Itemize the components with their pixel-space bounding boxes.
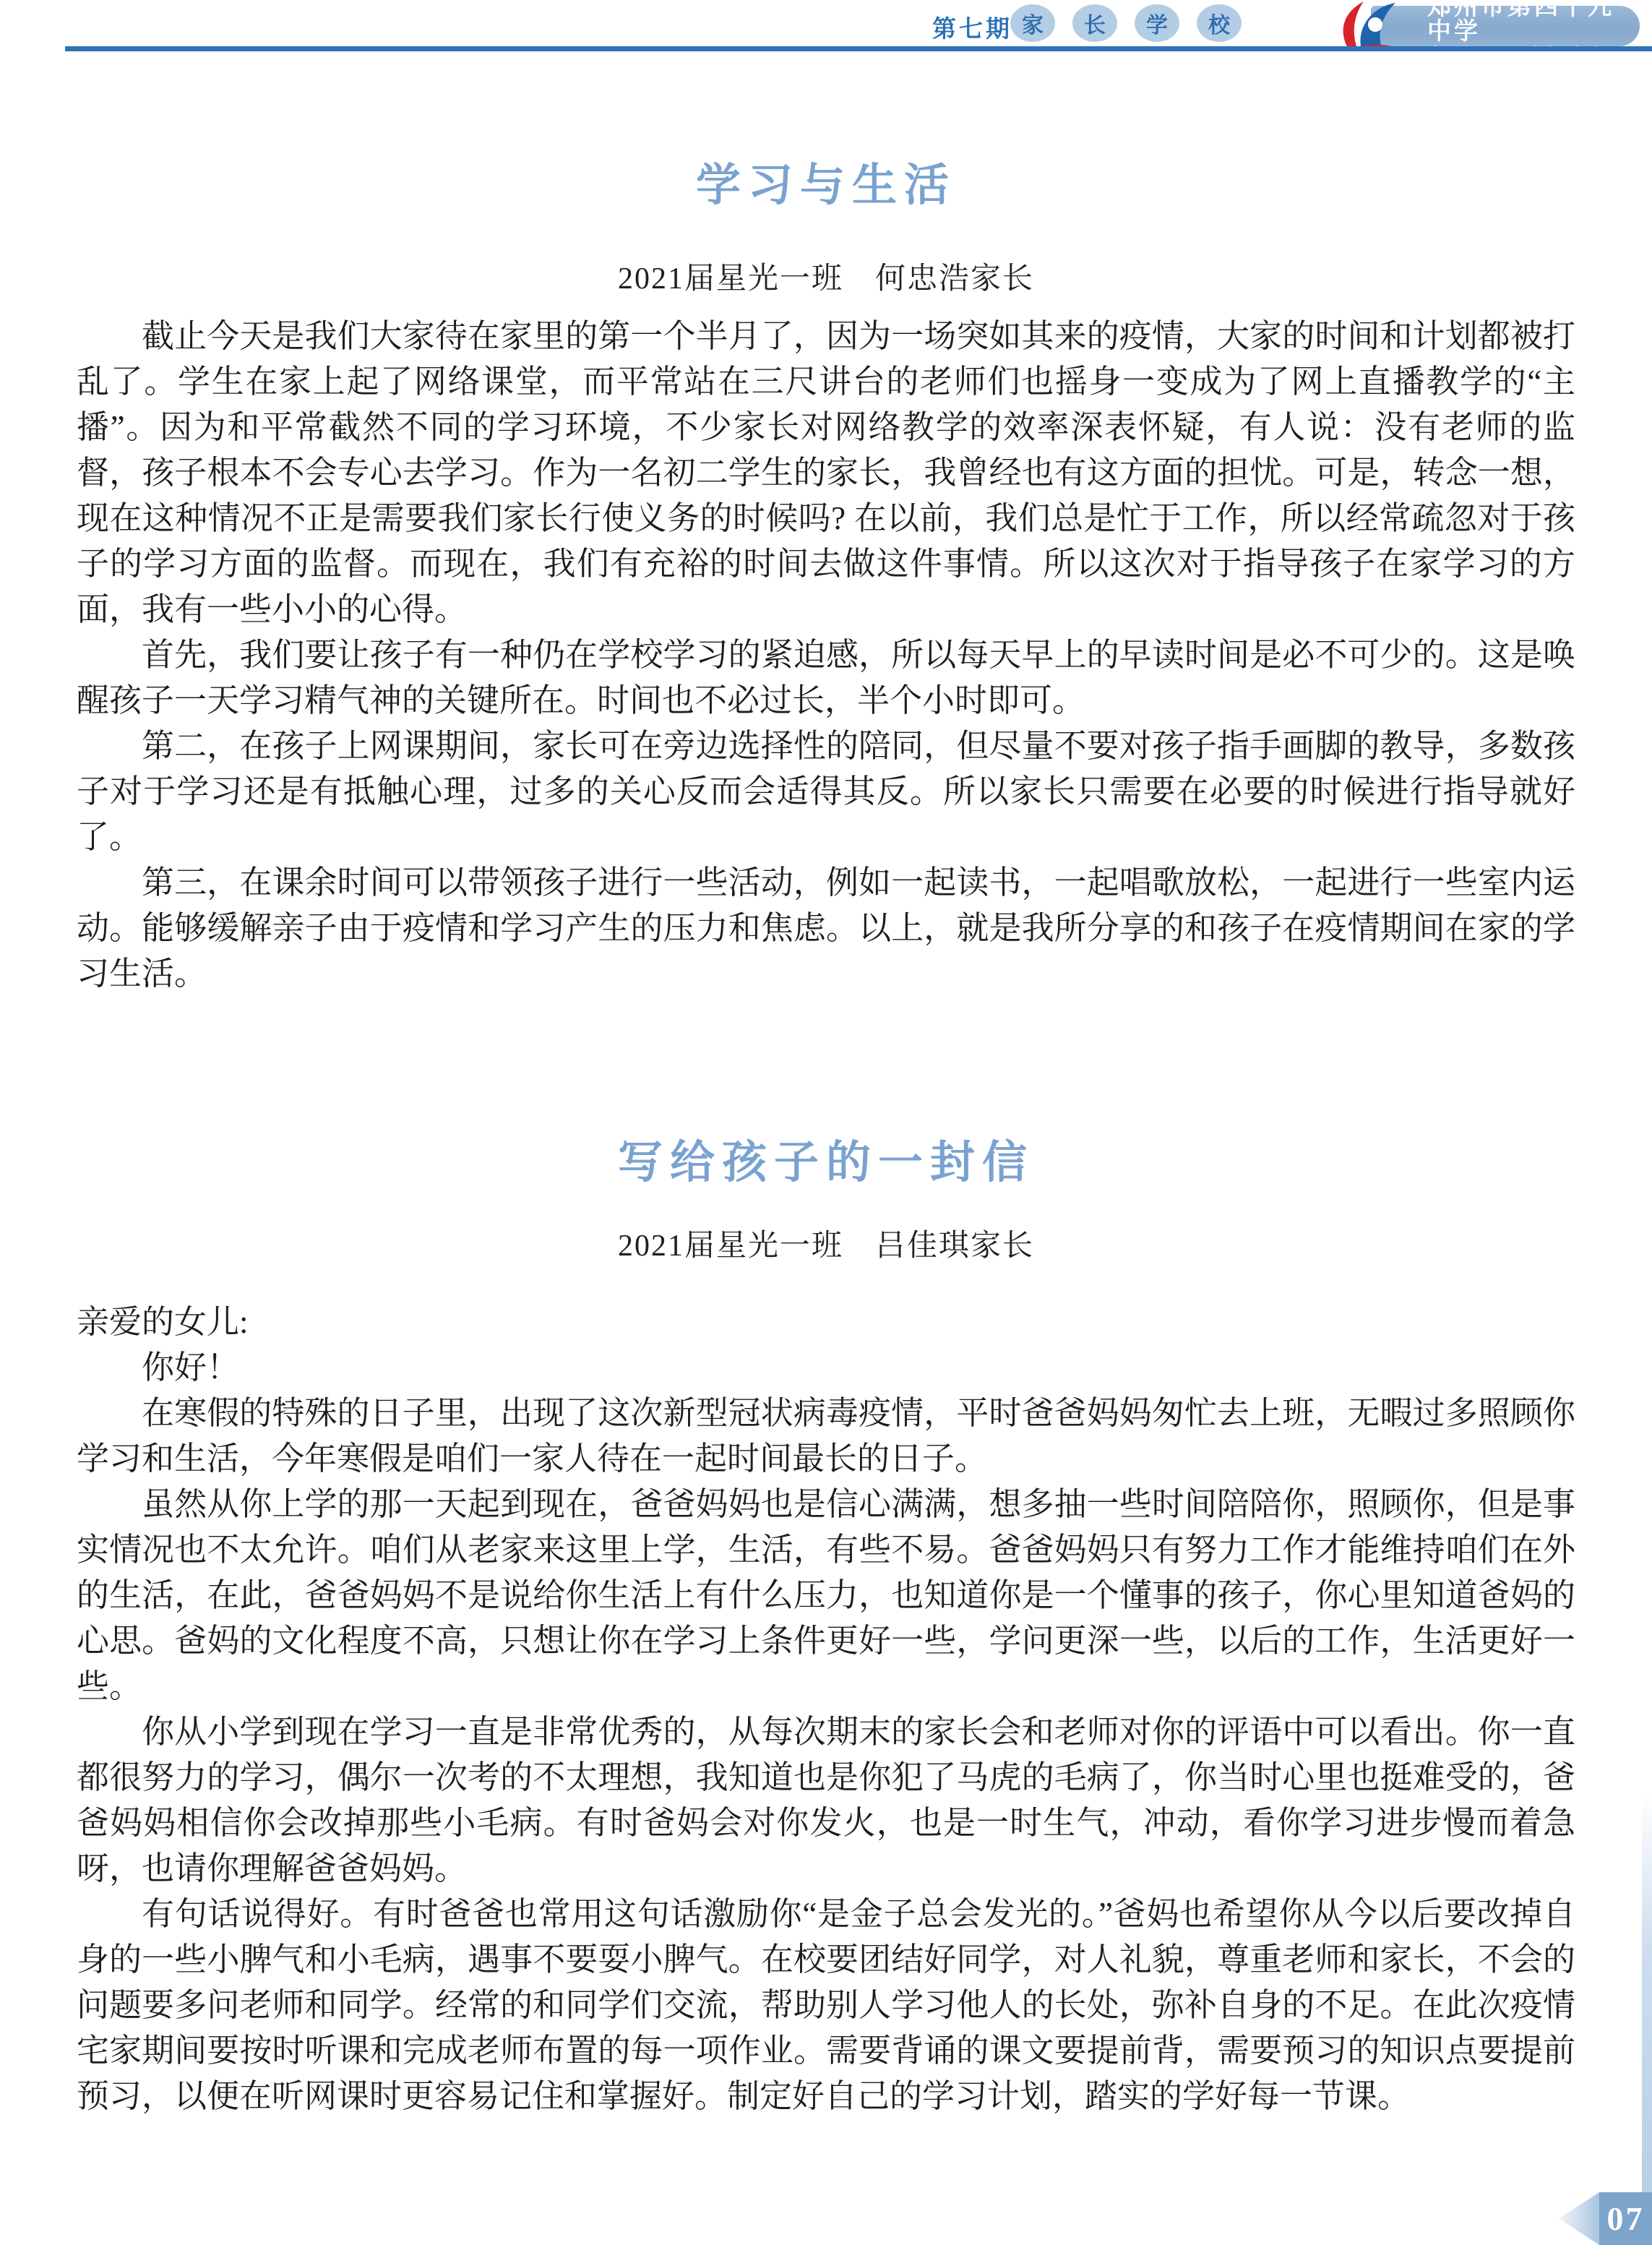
article2-byline: 2021届星光一班 吕佳琪家长: [0, 1222, 1652, 1265]
article2-title: 写给孩子的一封信: [0, 1126, 1652, 1190]
badge-zhang: 长: [1072, 4, 1117, 42]
paragraph: 你从小学到现在学习一直是非常优秀的，从每次期末的家长会和老师对你的评语中可以看出…: [77, 1709, 1575, 1892]
letter-salutation: 亲爱的女儿:: [77, 1300, 1575, 1345]
paragraph: 第三，在课余时间可以带领孩子进行一些活动，例如一起读书，一起唱歌放松，一起进行一…: [77, 860, 1575, 997]
school-49-sail-logo-icon: [1326, 0, 1411, 52]
paragraph: 截止今天是我们大家待在家里的第一个半月了，因为一场突如其来的疫情，大家的时间和计…: [77, 314, 1575, 632]
article2-body: 亲爱的女儿: 你好！ 在寒假的特殊的日子里，出现了这次新型冠状病毒疫情，平时爸爸…: [77, 1300, 1575, 2119]
article1-title: 学习与生活: [0, 149, 1652, 213]
badge-jia: 家: [1010, 4, 1055, 42]
paragraph: 首先，我们要让孩子有一种仍在学校学习的紧迫感，所以每天早上的早读时间是必不可少的…: [77, 632, 1575, 724]
badge-xiao: 校: [1197, 4, 1242, 42]
school-name-cn: 郑州市第四十九中学: [1427, 0, 1640, 44]
page-number-triangle: [1559, 2192, 1599, 2245]
paragraph: 虽然从你上学的那一天起到现在，爸爸妈妈也是信心满满，想多抽一些时间陪陪你，照顾你…: [77, 1482, 1575, 1709]
badge-xue: 学: [1135, 4, 1179, 42]
header-badges: 家 长 学 校: [1010, 4, 1242, 42]
page-header: 第七期 家 长 学 校 郑州市第四十九中学 Zhengzhou NO.49 Mi…: [0, 0, 1652, 52]
magazine-page: 第七期 家 长 学 校 郑州市第四十九中学 Zhengzhou NO.49 Mi…: [0, 0, 1652, 2245]
paragraph: 第二，在孩子上网课期间，家长可在旁边选择性的陪同，但尽量不要对孩子指手画脚的教导…: [77, 724, 1575, 860]
letter-greeting: 你好！: [77, 1345, 1575, 1391]
issue-label: 第七期: [932, 10, 1012, 44]
paragraph: 有句话说得好。有时爸爸也常用这句话激励你“是金子总会发光的。”爸妈也希望你从今以…: [77, 1892, 1575, 2119]
header-divider: [65, 46, 1652, 51]
article1-byline: 2021届星光一班 何忠浩家长: [0, 254, 1652, 298]
paragraph: 在寒假的特殊的日子里，出现了这次新型冠状病毒疫情，平时爸爸妈妈匆忙去上班，无暇过…: [77, 1391, 1575, 1482]
article1-body: 截止今天是我们大家待在家里的第一个半月了，因为一场突如其来的疫情，大家的时间和计…: [77, 314, 1575, 997]
decorative-right-bar: [1642, 1793, 1652, 2192]
page-number: 07: [1599, 2192, 1652, 2245]
